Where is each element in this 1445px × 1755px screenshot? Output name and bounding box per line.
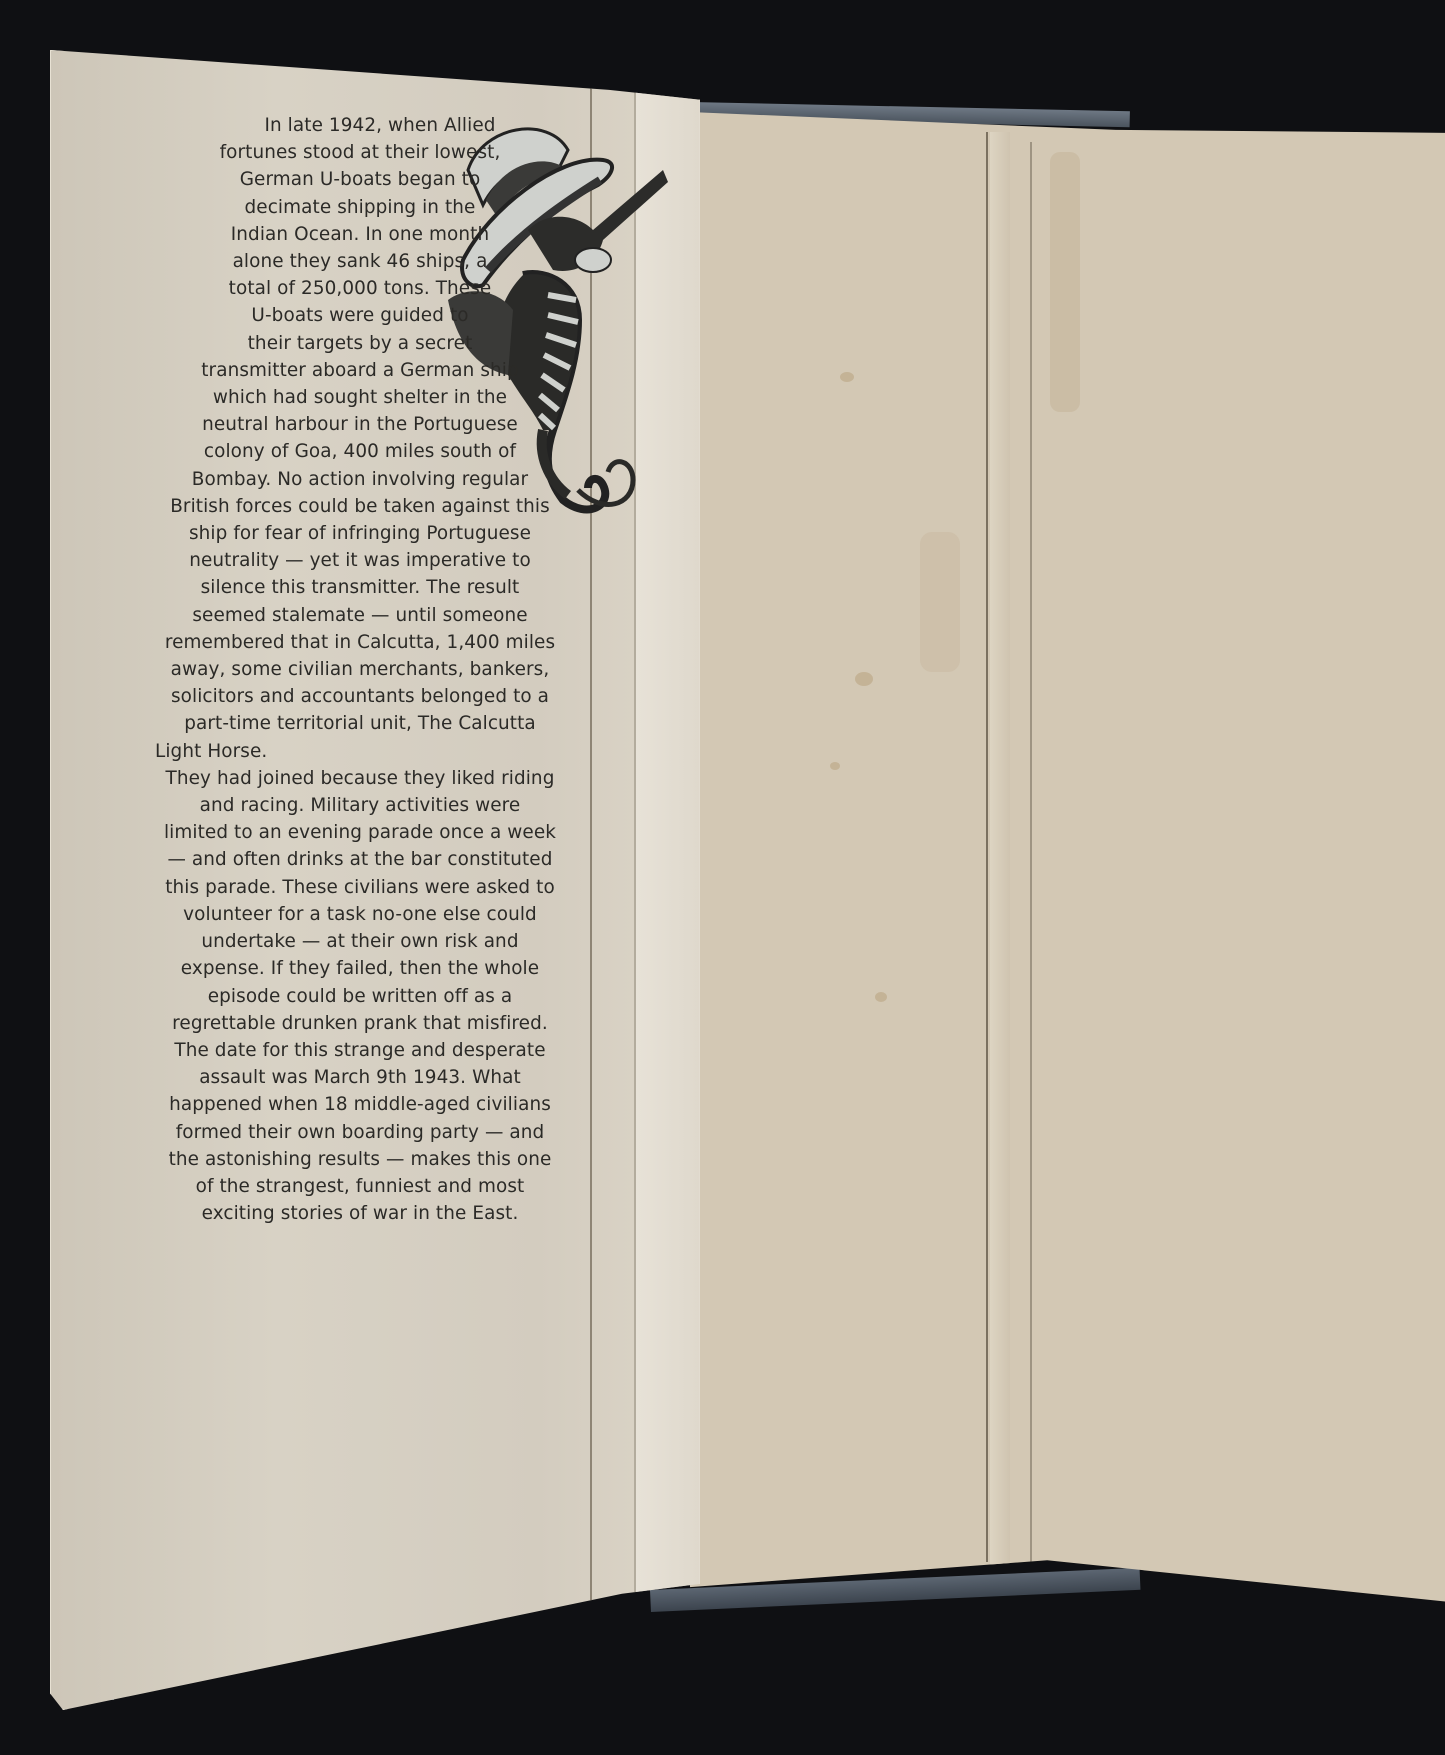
blurb-line: which had sought shelter in the: [125, 384, 595, 411]
blurb-line: of the strangest, funniest and most: [125, 1173, 595, 1200]
endpaper: [690, 112, 1445, 1602]
blurb-line: Indian Ocean. In one month: [125, 221, 595, 248]
hinge-strip: [990, 132, 1010, 1572]
blurb-line: regrettable drunken prank that misfired.: [125, 1010, 595, 1037]
blurb-line: German U-boats began to: [125, 166, 595, 193]
blurb-line: Light Horse.: [125, 738, 595, 765]
water-stain: [1050, 152, 1080, 412]
blurb-line: fortunes stood at their lowest,: [125, 139, 595, 166]
blurb-paragraph-1: In late 1942, when Allied fortunes stood…: [125, 112, 595, 765]
blurb-line: decimate shipping in the: [125, 194, 595, 221]
hinge-crease: [1030, 142, 1032, 1562]
blurb-line: limited to an evening parade once a week: [125, 819, 595, 846]
blurb-line: solicitors and accountants belonged to a: [125, 683, 595, 710]
blurb-line: volunteer for a task no-one else could: [125, 901, 595, 928]
blurb-line: total of 250,000 tons. These: [125, 275, 595, 302]
blurb-line: transmitter aboard a German ship: [125, 357, 595, 384]
blurb-line: ship for fear of infringing Portuguese: [125, 520, 595, 547]
foxing-spot: [840, 372, 854, 382]
blurb-line: They had joined because they liked ridin…: [125, 765, 595, 792]
blurb-paragraph-2: They had joined because they liked ridin…: [125, 765, 595, 1227]
blurb-line: seemed stalemate — until someone: [125, 602, 595, 629]
blurb-line: colony of Goa, 400 miles south of: [125, 438, 595, 465]
blurb-line: the astonishing results — makes this one: [125, 1146, 595, 1173]
book-photo: In late 1942, when Allied fortunes stood…: [0, 0, 1445, 1755]
blurb-line: happened when 18 middle-aged civilians: [125, 1091, 595, 1118]
foxing-spot: [855, 672, 873, 686]
blurb-line: assault was March 9th 1943. What: [125, 1064, 595, 1091]
blurb-line: away, some civilian merchants, bankers,: [125, 656, 595, 683]
blurb-line: British forces could be taken against th…: [125, 493, 595, 520]
blurb-line: alone they sank 46 ships, a: [125, 248, 595, 275]
blurb-line: their targets by a secret: [125, 330, 595, 357]
blurb-line: — and often drinks at the bar constitute…: [125, 846, 595, 873]
blurb-line: neutrality — yet it was imperative to: [125, 547, 595, 574]
blurb-line: formed their own boarding party — and: [125, 1119, 595, 1146]
blurb-line: neutral harbour in the Portuguese: [125, 411, 595, 438]
jacket-blurb: In late 1942, when Allied fortunes stood…: [125, 112, 595, 1227]
blurb-line: expense. If they failed, then the whole: [125, 955, 595, 982]
foxing-spot: [830, 762, 840, 770]
blurb-line: and racing. Military activities were: [125, 792, 595, 819]
water-stain: [920, 532, 960, 672]
blurb-line: remembered that in Calcutta, 1,400 miles: [125, 629, 595, 656]
blurb-line: undertake — at their own risk and: [125, 928, 595, 955]
blurb-line: In late 1942, when Allied: [125, 112, 595, 139]
blurb-line: this parade. These civilians were asked …: [125, 874, 595, 901]
blurb-line: silence this transmitter. The result: [125, 574, 595, 601]
blurb-line: The date for this strange and desperate: [125, 1037, 595, 1064]
blurb-line: episode could be written off as a: [125, 983, 595, 1010]
foxing-spot: [875, 992, 887, 1002]
blurb-line: part-time territorial unit, The Calcutta: [125, 710, 595, 737]
blurb-line: U-boats were guided to: [125, 302, 595, 329]
blurb-line: exciting stories of war in the East.: [125, 1200, 595, 1227]
blurb-line: Bombay. No action involving regular: [125, 466, 595, 493]
hinge-crease: [986, 132, 988, 1562]
